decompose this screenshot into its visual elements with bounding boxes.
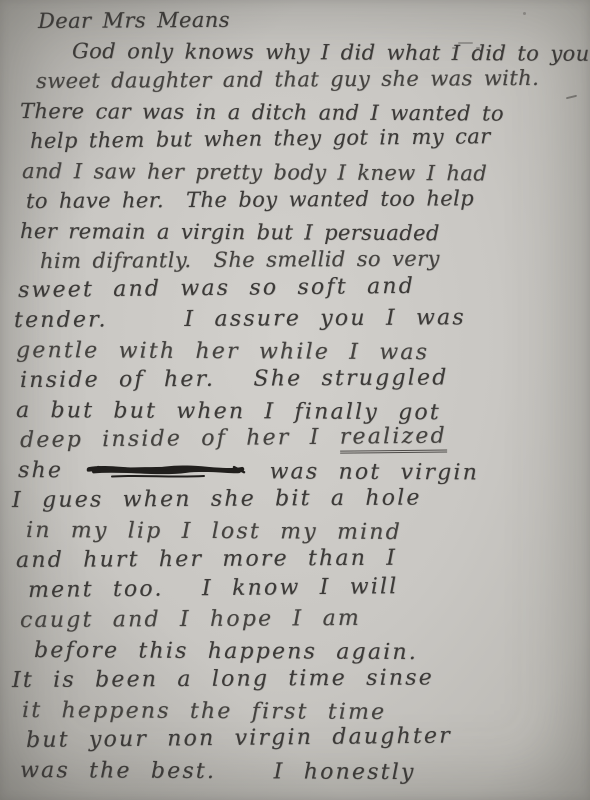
letter-line: sweet daughter and that guy she was with… [36, 63, 580, 96]
handwritten-letter: Dear Mrs Means God only knows why I did … [0, 0, 590, 786]
letter-line: inside of her. She struggled [20, 363, 580, 396]
underlined-word: realized [340, 424, 447, 454]
letter-line: sweet and was so soft and [18, 270, 580, 306]
scribbled-out-word [86, 461, 246, 480]
salutation-line: Dear Mrs Means [38, 3, 580, 36]
letter-line: to have her. The boy wanted too help [26, 183, 580, 216]
line-text: she [18, 458, 82, 483]
letter-photo: Dear Mrs Means God only knows why I did … [0, 0, 590, 800]
letter-line: tender. I assure you I was [14, 303, 580, 336]
line-text: was not virgin [250, 459, 479, 485]
letter-line: was the best. I honestly [20, 756, 580, 789]
letter-line: I gues when she bit a hole [12, 483, 580, 516]
letter-line: deep inside of her I realized [20, 420, 580, 456]
letter-line: caugt and I hope I am [20, 603, 580, 636]
letter-line: but your non virgin daughter [26, 720, 580, 756]
line-text: deep inside of her I [20, 425, 340, 453]
letter-line: It is been a long time sinse [12, 663, 580, 696]
letter-line: help them but when they got in my car [30, 120, 580, 156]
letter-line: ment too. I know I will [28, 570, 580, 606]
